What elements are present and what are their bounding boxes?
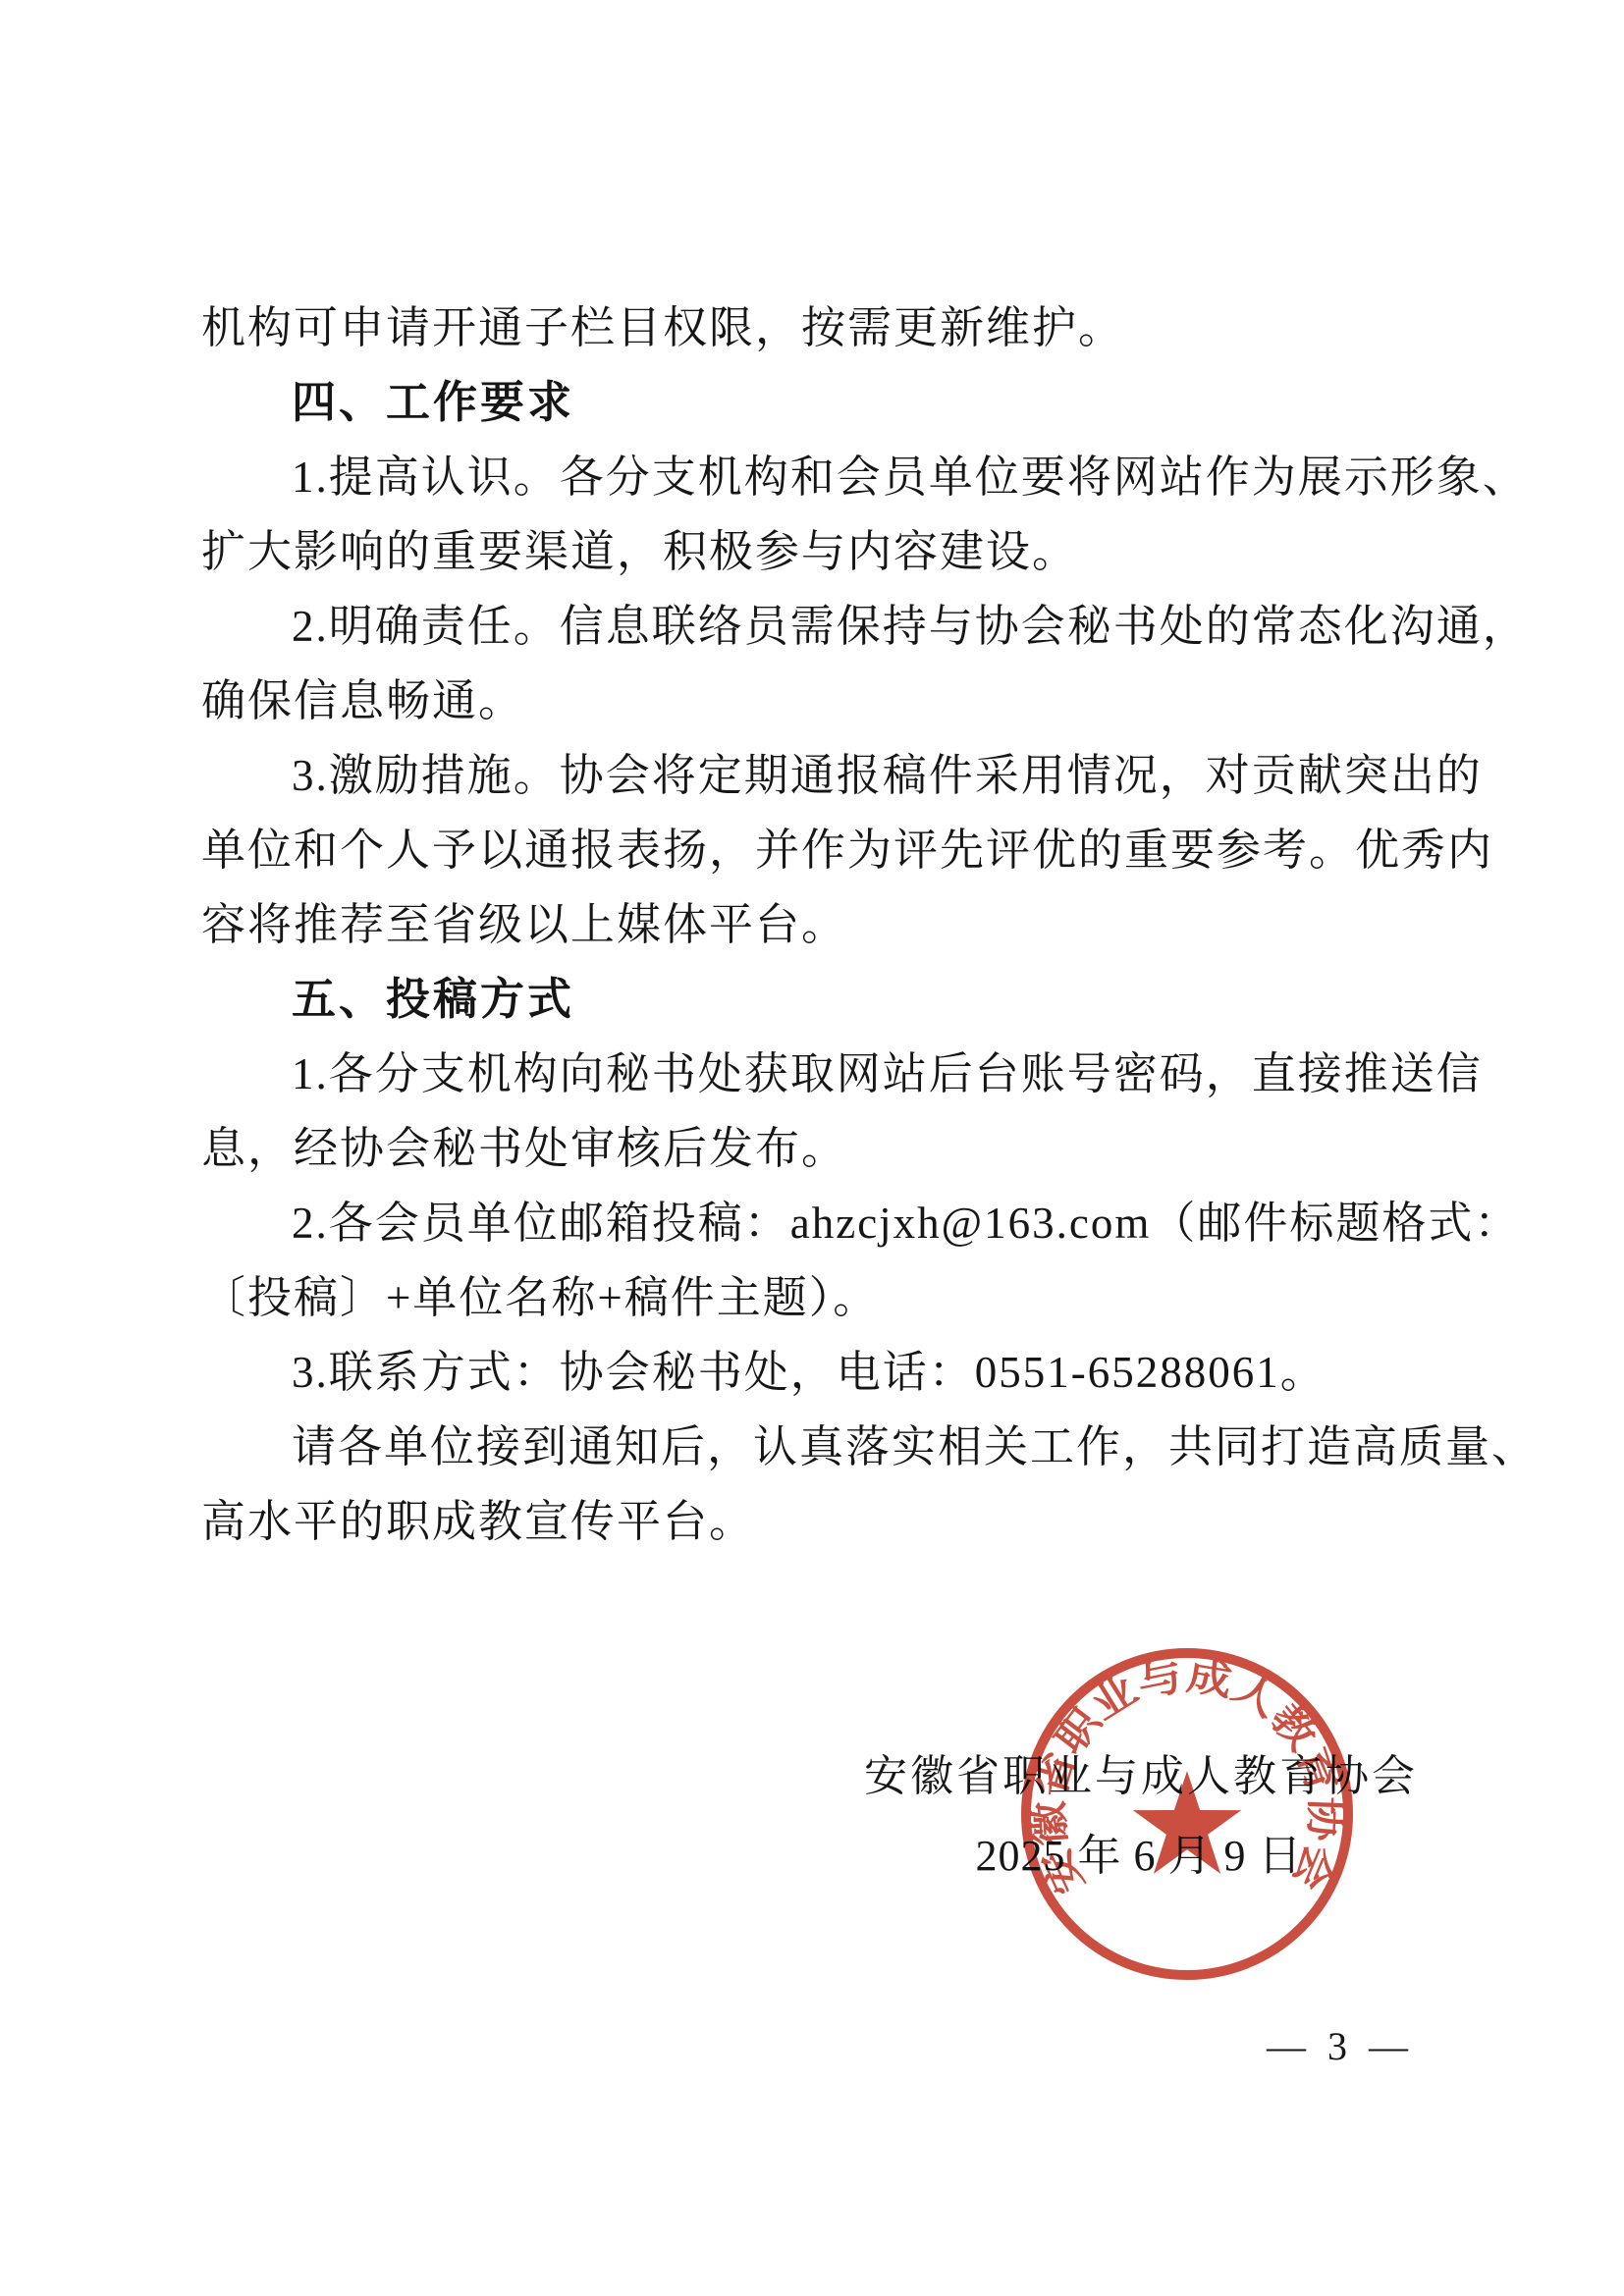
section-heading: 五、投稿方式 bbox=[201, 962, 1448, 1037]
section-heading: 四、工作要求 bbox=[201, 365, 1448, 440]
paragraph-line: 3.激励措施。协会将定期通报稿件采用情况，对贡献突出的 bbox=[201, 738, 1448, 813]
body-line: 扩大影响的重要渠道，积极参与内容建设。 bbox=[201, 514, 1448, 589]
paragraph-line: 2.明确责任。信息联络员需保持与协会秘书处的常态化沟通， bbox=[201, 589, 1448, 664]
body-line: 息，经协会秘书处审核后发布。 bbox=[201, 1111, 1448, 1186]
body-line: 〔投稿〕+单位名称+稿件主题）。 bbox=[201, 1260, 1448, 1335]
star-icon bbox=[1133, 1771, 1241, 1874]
paragraph-line: 3.联系方式：协会秘书处，电话：0551-65288061。 bbox=[201, 1335, 1448, 1410]
official-seal: 安徽省职业与成人教育协会 bbox=[1001, 1628, 1374, 2001]
paragraph-line: 1.各分支机构向秘书处获取网站后台账号密码，直接推送信 bbox=[201, 1037, 1448, 1111]
body-line: 单位和个人予以通报表扬，并作为评先评优的重要参考。优秀内 bbox=[201, 813, 1448, 887]
paragraph-line: 2.各会员单位邮箱投稿：ahzcjxh@163.com（邮件标题格式： bbox=[201, 1186, 1448, 1260]
paragraph-line: 请各单位接到通知后，认真落实相关工作，共同打造高质量、 bbox=[201, 1410, 1448, 1484]
paragraph-line: 1.提高认识。各分支机构和会员单位要将网站作为展示形象、 bbox=[201, 440, 1448, 514]
document-page: 机构可申请开通子栏目权限，按需更新维护。 四、工作要求 1.提高认识。各分支机构… bbox=[0, 0, 1624, 2296]
body-line: 机构可申请开通子栏目权限，按需更新维护。 bbox=[201, 291, 1448, 365]
body-line: 确保信息畅通。 bbox=[201, 664, 1448, 738]
body-line: 高水平的职成教宣传平台。 bbox=[201, 1484, 1448, 1559]
body-line: 容将推荐至省级以上媒体平台。 bbox=[201, 887, 1448, 962]
page-number: — 3 — bbox=[1267, 2024, 1414, 2069]
body-text: 机构可申请开通子栏目权限，按需更新维护。 四、工作要求 1.提高认识。各分支机构… bbox=[201, 291, 1448, 1559]
